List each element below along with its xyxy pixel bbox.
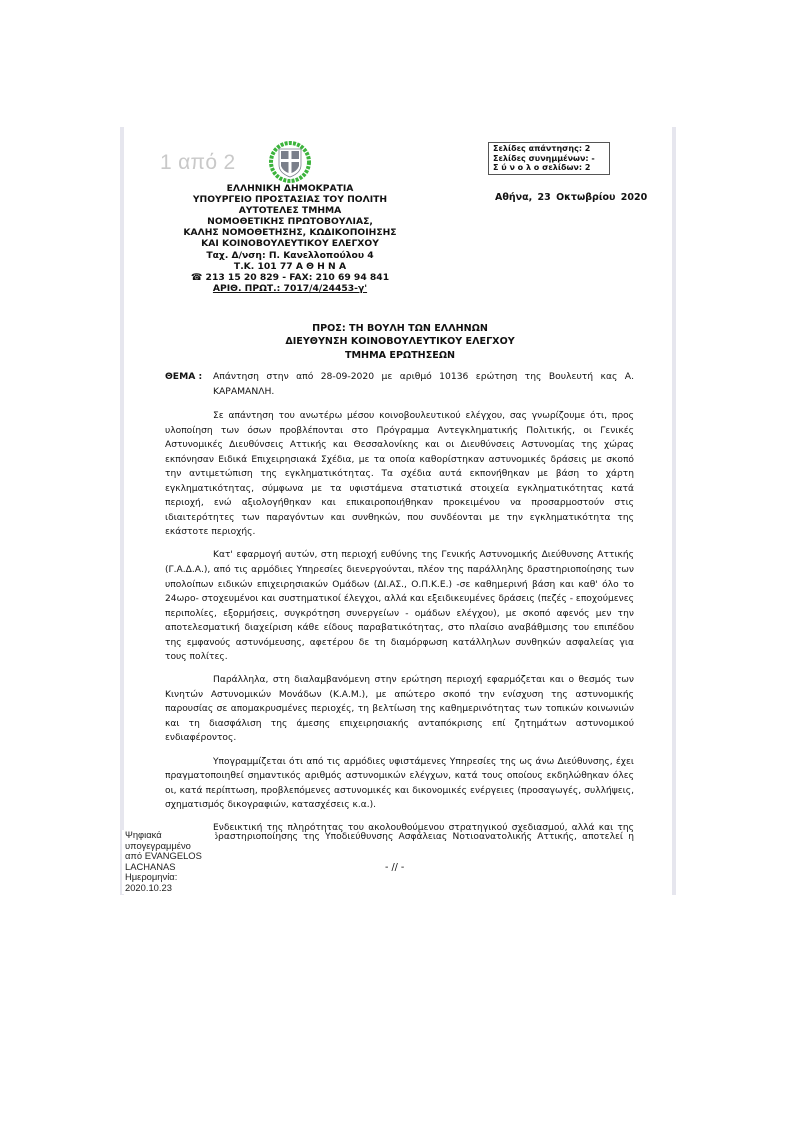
recipient-line: ΠΡΟΣ: ΤΗ ΒΟΥΛΗ ΤΩΝ ΕΛΛΗΝΩΝ xyxy=(205,322,595,335)
signature-date: 2020.10.23 xyxy=(125,883,215,894)
header-line: ΝΟΜΟΘΕΤΙΚΗΣ ΠΡΩΤΟΒΟΥΛΙΑΣ, xyxy=(165,216,415,227)
total-pages-count: Σ ύ ν ο λ ο σελίδων: 2 xyxy=(493,163,605,173)
body-paragraph: Υπογραμμίζεται ότι από τις αρμόδιες υφισ… xyxy=(165,755,634,813)
header-line: ΚΑΙ ΚΟΙΝΟΒΟΥΛΕΥΤΙΚΟΥ ΕΛΕΓΧΟΥ xyxy=(165,238,415,249)
attachment-pages-count: Σελίδες συνημμένων: - xyxy=(493,154,605,164)
header-line: ΑΥΤΟΤΕΛΕΣ ΤΜΗΜΑ xyxy=(165,205,415,216)
page-left-edge xyxy=(120,127,124,895)
page-right-edge xyxy=(672,127,676,895)
recipient-block: ΠΡΟΣ: ΤΗ ΒΟΥΛΗ ΤΩΝ ΕΛΛΗΝΩΝ ΔΙΕΥΘΥΝΣΗ ΚΟΙ… xyxy=(205,322,595,362)
signature-line: Ψηφιακά xyxy=(125,830,215,841)
recipient-line: ΤΜΗΜΑ ΕΡΩΤΗΣΕΩΝ xyxy=(205,349,595,362)
page-footer-marker: - // - xyxy=(385,862,404,873)
header-line: ΥΠΟΥΡΓΕΙΟ ΠΡΟΣΤΑΣΙΑΣ ΤΟΥ ΠΟΛΙΤΗ xyxy=(165,194,415,205)
reply-pages-count: Σελίδες απάντησης: 2 xyxy=(493,144,605,154)
coat-of-arms-icon xyxy=(268,140,312,184)
page-count-box: Σελίδες απάντησης: 2 Σελίδες συνημμένων:… xyxy=(488,142,610,175)
postal-code-line: Τ.Κ. 101 77 Α Θ Η Ν Α xyxy=(165,261,415,272)
protocol-number: ΑΡΙΘ. ΠΡΩΤ.: 7017/4/24453-γ' xyxy=(165,283,415,294)
subject-label: ΘΕΜΑ : xyxy=(165,370,202,385)
body-paragraph: Σε απάντηση του ανωτέρω μέσου κοινοβουλε… xyxy=(165,409,634,540)
document-date: Αθήνα, 23 Οκτωβρίου 2020 xyxy=(495,192,647,203)
recipient-line: ΔΙΕΥΘΥΝΣΗ ΚΟΙΝΟΒΟΥΛΕΥΤΙΚΟΥ ΕΛΕΓΧΟΥ xyxy=(205,335,595,348)
digital-signature-stamp: Ψηφιακά υπογεγραμμένο από EVANGELOS LACH… xyxy=(122,830,215,894)
address-line: Ταχ. Δ/νση: Π. Κανελλοπούλου 4 xyxy=(165,250,415,261)
subject-text: Απάντηση στην από 28-09-2020 με αριθμό 1… xyxy=(213,370,634,399)
subject-block: ΘΕΜΑ : Απάντηση στην από 28-09-2020 με α… xyxy=(213,370,634,399)
header-line: ΚΑΛΗΣ ΝΟΜΟΘΕΤΗΣΗΣ, ΚΩΔΙΚΟΠΟΙΗΣΗΣ xyxy=(165,227,415,238)
body-paragraph: Κατ' εφαρμογή αυτών, στη περιοχή ευθύνης… xyxy=(165,548,634,664)
page-indicator: 1 από 2 xyxy=(160,151,235,175)
body-text: Σε απάντηση του ανωτέρω μέσου κοινοβουλε… xyxy=(165,409,634,844)
body-paragraph: Παράλληλα, στη διαλαμβανόμενη στην ερώτη… xyxy=(165,673,634,746)
issuing-authority-header: ΕΛΛΗΝΙΚΗ ΔΗΜΟΚΡΑΤΙΑ ΥΠΟΥΡΓΕΙΟ ΠΡΟΣΤΑΣΙΑΣ… xyxy=(165,183,415,294)
body-continuation-line: έντονης δραστηριοποίησης της Υποδιεύθυνσ… xyxy=(170,830,634,845)
phone-fax-line: ☎ 213 15 20 829 - FAX: 210 69 94 841 xyxy=(165,272,415,283)
header-line: ΕΛΛΗΝΙΚΗ ΔΗΜΟΚΡΑΤΙΑ xyxy=(165,183,415,194)
